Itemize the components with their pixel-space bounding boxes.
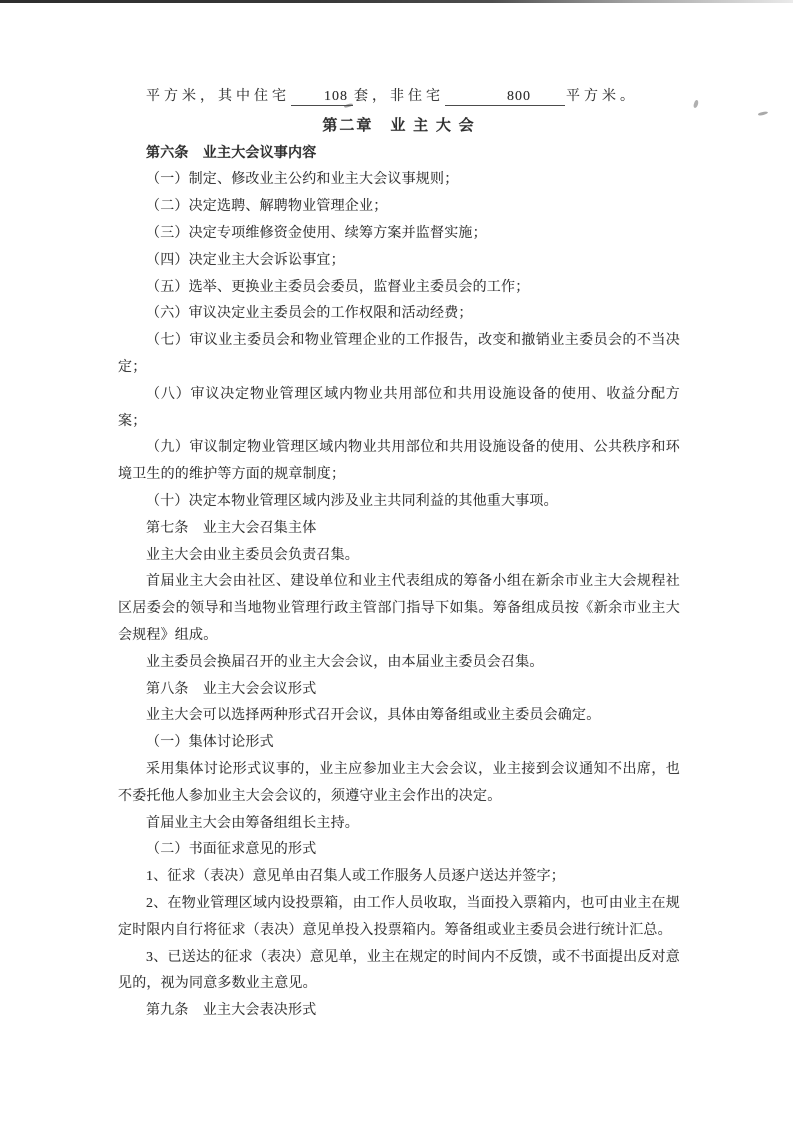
document-body: 平方米，其中住宅108套，非住宅800平方米。 第二章 业 主 大 会 第六条 … [118,84,680,1025]
blank-housing-units: 108 [291,88,353,106]
fill-middle: 套，非住宅 [354,89,444,104]
list-item: （四）决定业主大会诉讼事宜； [118,248,680,275]
list-item: （二）决定选聘、解聘物业管理企业； [118,194,680,221]
article-heading: 第七条 业主大会召集主体 [118,516,680,543]
list-item: （九）审议制定物业管理区域内物业共用部位和共用设施设备的使用、公共秩序和环境卫生… [118,435,680,489]
paragraph: 首届业主大会由社区、建设单位和业主代表组成的筹备小组在新余市业主大会规程社区居委… [118,569,680,649]
list-item: （八）审议决定物业管理区域内物业共用部位和共用设施设备的使用、收益分配方案； [118,382,680,436]
list-item: （七）审议业主委员会和物业管理企业的工作报告，改变和撤销业主委员会的不当决定； [118,328,680,382]
article-heading: 第六条 业主大会议事内容 [118,141,680,168]
paragraph: 业主大会由业主委员会负责召集。 [118,543,680,570]
document-page: 平方米，其中住宅108套，非住宅800平方米。 第二章 业 主 大 会 第六条 … [0,0,793,1121]
housing-units-value: 108 [324,89,348,104]
paragraph: 采用集体讨论形式议事的，业主应参加业主大会会议，业主接到会议通知不出席，也不委托… [118,757,680,811]
numbered-item: 3、已送达的征求（表决）意见单，业主在规定的时间内不反馈，或不书面提出反对意见的… [118,945,680,999]
list-item: （六）审议决定业主委员会的工作权限和活动经费； [118,301,680,328]
fill-prefix: 平方米，其中住宅 [146,89,290,104]
list-item: （二）书面征求意见的形式 [118,837,680,864]
scan-edge-artifact [0,0,793,3]
numbered-item: 1、征求（表决）意见单由召集人或工作服务人员逐户送达并签字； [118,864,680,891]
blank-nonresidential-area: 800 [445,88,565,106]
scan-speck [693,100,699,109]
fill-suffix: 平方米。 [566,89,638,104]
scan-speck [758,111,768,116]
paragraph: 首届业主大会由筹备组组长主持。 [118,811,680,838]
nonresidential-area-value: 800 [507,89,531,104]
list-item: （十）决定本物业管理区域内涉及业主共同利益的其他重大事项。 [118,489,680,516]
list-item: （五）选举、更换业主委员会委员，监督业主委员会的工作； [118,275,680,302]
paragraph: 业主大会可以选择两种形式召开会议，具体由筹备组或业主委员会确定。 [118,703,680,730]
list-item: （一）集体讨论形式 [118,730,680,757]
article-heading: 第九条 业主大会表决形式 [118,998,680,1025]
paragraph: 业主委员会换届召开的业主大会会议，由本届业主委员会召集。 [118,650,680,677]
list-item: （一）制定、修改业主公约和业主大会议事规则； [118,167,680,194]
numbered-item: 2、在物业管理区域内设投票箱，由工作人员收取，当面投入票箱内，也可由业主在规定时… [118,891,680,945]
fill-in-line: 平方米，其中住宅108套，非住宅800平方米。 [118,84,680,111]
article-heading: 第八条 业主大会会议形式 [118,677,680,704]
list-item: （三）决定专项维修资金使用、续筹方案并监督实施； [118,221,680,248]
chapter-heading: 第二章 业 主 大 会 [118,113,680,140]
